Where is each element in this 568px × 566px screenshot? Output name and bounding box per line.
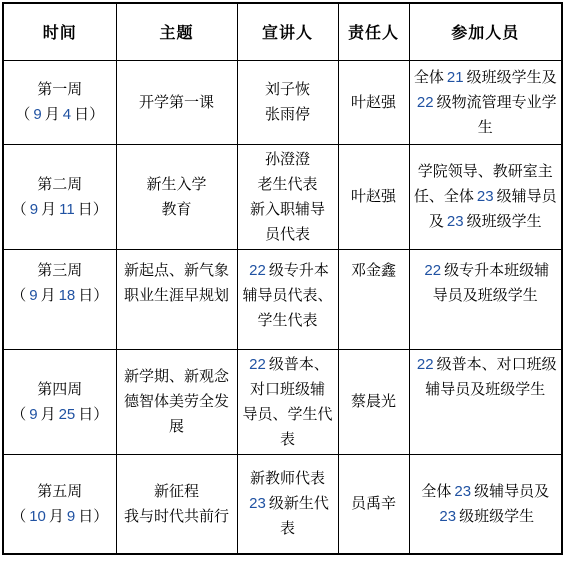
- digit-run: 23: [451, 483, 474, 500]
- cell-line: 导员、学生代: [240, 402, 336, 427]
- cell-line: 德智体美劳全发: [119, 389, 235, 414]
- cell-line: 新学期、新观念: [119, 364, 235, 389]
- cell-line: 生: [412, 115, 560, 140]
- cell-line: 全体21级班级学生及: [412, 65, 560, 90]
- cell-speaker: 新教师代表23级新生代表: [237, 454, 338, 554]
- column-header-topic: 主题: [116, 3, 237, 60]
- cell-line: 第三周: [6, 258, 114, 283]
- cell-line: 叶赵强: [341, 90, 407, 115]
- cell-speaker: 孙澄澄老生代表新入职辅导员代表: [237, 144, 338, 249]
- cell-participants: 全体23级辅导员及23级班级学生: [409, 454, 562, 554]
- schedule-table: 时间主题宣讲人责任人参加人员 第一周（9月4日）开学第一课刘子恢张雨停叶赵强全体…: [2, 2, 563, 555]
- digit-run: 23: [444, 213, 467, 230]
- digit-run: 11: [56, 201, 78, 218]
- cell-topic: 新征程我与时代共前行: [116, 454, 237, 554]
- cell-line: 全体23级辅导员及: [412, 479, 560, 504]
- cell-line: （9月11日）: [6, 197, 114, 222]
- cell-line: 张雨停: [240, 102, 336, 127]
- cell-responsible: 叶赵强: [338, 60, 409, 144]
- cell-responsible: 叶赵强: [338, 144, 409, 249]
- cell-topic: 新生入学教育: [116, 144, 237, 249]
- cell-line: 邓金鑫: [341, 258, 407, 283]
- digit-run: 22: [421, 262, 444, 279]
- cell-participants: 学院领导、教研室主任、全体23级辅导员及23级班级学生: [409, 144, 562, 249]
- cell-line: （9月18日）: [6, 283, 114, 308]
- column-header-speaker: 宣讲人: [237, 3, 338, 60]
- header-row: 时间主题宣讲人责任人参加人员: [3, 3, 562, 60]
- digit-run: 9: [27, 201, 41, 218]
- cell-line: 孙澄澄: [240, 147, 336, 172]
- table-header: 时间主题宣讲人责任人参加人员: [3, 3, 562, 60]
- cell-time: 第三周（9月18日）: [3, 249, 116, 349]
- cell-line: 23级班级学生: [412, 504, 560, 529]
- cell-line: 第二周: [6, 172, 114, 197]
- cell-line: 及23级班级学生: [412, 209, 560, 234]
- cell-speaker: 22级专升本辅导员代表、学生代表: [237, 249, 338, 349]
- cell-line: （9月25日）: [6, 402, 114, 427]
- cell-topic: 开学第一课: [116, 60, 237, 144]
- cell-line: 任、全体23级辅导员: [412, 184, 560, 209]
- table-row: 第二周（9月11日）新生入学教育孙澄澄老生代表新入职辅导员代表叶赵强学院领导、教…: [3, 144, 562, 249]
- cell-line: 导员及班级学生: [412, 283, 560, 308]
- table-row: 第四周（9月25日）新学期、新观念德智体美劳全发展22级普本、对口班级辅导员、学…: [3, 349, 562, 454]
- digit-run: 4: [60, 106, 74, 123]
- cell-time: 第五周（10月9日）: [3, 454, 116, 554]
- cell-responsible: 邓金鑫: [338, 249, 409, 349]
- cell-line: 新入职辅导: [240, 197, 336, 222]
- cell-line: 22级专升本: [240, 258, 336, 283]
- cell-line: 辅导员及班级学生: [412, 377, 560, 402]
- digit-run: 10: [26, 508, 49, 525]
- cell-line: 员代表: [240, 222, 336, 247]
- column-header-participants: 参加人员: [409, 3, 562, 60]
- cell-line: 第四周: [6, 377, 114, 402]
- cell-responsible: 蔡晨光: [338, 349, 409, 454]
- digit-run: 18: [56, 287, 79, 304]
- cell-speaker: 刘子恢张雨停: [237, 60, 338, 144]
- cell-topic: 新学期、新观念德智体美劳全发展: [116, 349, 237, 454]
- digit-run: 23: [474, 188, 497, 205]
- cell-line: 对口班级辅: [240, 377, 336, 402]
- cell-line: （9月4日）: [6, 102, 114, 127]
- cell-line: 22级普本、: [240, 352, 336, 377]
- table-row: 第一周（9月4日）开学第一课刘子恢张雨停叶赵强全体21级班级学生及22级物流管理…: [3, 60, 562, 144]
- cell-line: 22级物流管理专业学: [412, 90, 560, 115]
- cell-line: 开学第一课: [119, 90, 235, 115]
- digit-run: 9: [26, 287, 40, 304]
- cell-line: 叶赵强: [341, 184, 407, 209]
- cell-line: 新起点、新气象: [119, 258, 235, 283]
- cell-participants: 22级专升本班级辅导员及班级学生: [409, 249, 562, 349]
- column-header-time: 时间: [3, 3, 116, 60]
- cell-responsible: 员禹辛: [338, 454, 409, 554]
- cell-participants: 全体21级班级学生及22级物流管理专业学生: [409, 60, 562, 144]
- cell-line: 表: [240, 516, 336, 541]
- cell-line: 表: [240, 427, 336, 452]
- cell-line: 新教师代表: [240, 466, 336, 491]
- digit-run: 22: [246, 262, 269, 279]
- cell-line: 职业生涯早规划: [119, 283, 235, 308]
- column-header-responsible: 责任人: [338, 3, 409, 60]
- cell-time: 第四周（9月25日）: [3, 349, 116, 454]
- cell-line: 员禹辛: [341, 491, 407, 516]
- cell-line: 新征程: [119, 479, 235, 504]
- digit-run: 9: [26, 406, 40, 423]
- cell-line: 22级专升本班级辅: [412, 258, 560, 283]
- cell-line: 22级普本、对口班级: [412, 352, 560, 377]
- cell-topic: 新起点、新气象职业生涯早规划: [116, 249, 237, 349]
- cell-line: 刘子恢: [240, 77, 336, 102]
- cell-line: 蔡晨光: [341, 389, 407, 414]
- cell-line: 老生代表: [240, 172, 336, 197]
- digit-run: 9: [30, 106, 44, 123]
- cell-line: 学院领导、教研室主: [412, 159, 560, 184]
- digit-run: 25: [56, 406, 79, 423]
- cell-speaker: 22级普本、对口班级辅导员、学生代表: [237, 349, 338, 454]
- digit-run: 21: [444, 69, 467, 86]
- cell-line: （10月9日）: [6, 504, 114, 529]
- cell-line: 我与时代共前行: [119, 504, 235, 529]
- document-page: 时间主题宣讲人责任人参加人员 第一周（9月4日）开学第一课刘子恢张雨停叶赵强全体…: [0, 0, 568, 566]
- cell-line: 第一周: [6, 77, 114, 102]
- cell-line: 新生入学: [119, 172, 235, 197]
- digit-run: 22: [246, 356, 269, 373]
- table-row: 第五周（10月9日）新征程我与时代共前行新教师代表23级新生代表员禹辛全体23级…: [3, 454, 562, 554]
- cell-line: 学生代表: [240, 308, 336, 333]
- cell-time: 第二周（9月11日）: [3, 144, 116, 249]
- cell-line: 教育: [119, 197, 235, 222]
- cell-time: 第一周（9月4日）: [3, 60, 116, 144]
- cell-participants: 22级普本、对口班级辅导员及班级学生: [409, 349, 562, 454]
- cell-line: 第五周: [6, 479, 114, 504]
- cell-line: 辅导员代表、: [240, 283, 336, 308]
- digit-run: 23: [246, 495, 269, 512]
- digit-run: 22: [414, 356, 437, 373]
- table-body: 第一周（9月4日）开学第一课刘子恢张雨停叶赵强全体21级班级学生及22级物流管理…: [3, 60, 562, 554]
- digit-run: 9: [64, 508, 78, 525]
- digit-run: 22: [414, 94, 437, 111]
- cell-line: 23级新生代: [240, 491, 336, 516]
- cell-line: 展: [119, 414, 235, 439]
- table-row: 第三周（9月18日）新起点、新气象职业生涯早规划22级专升本辅导员代表、学生代表…: [3, 249, 562, 349]
- digit-run: 23: [436, 508, 459, 525]
